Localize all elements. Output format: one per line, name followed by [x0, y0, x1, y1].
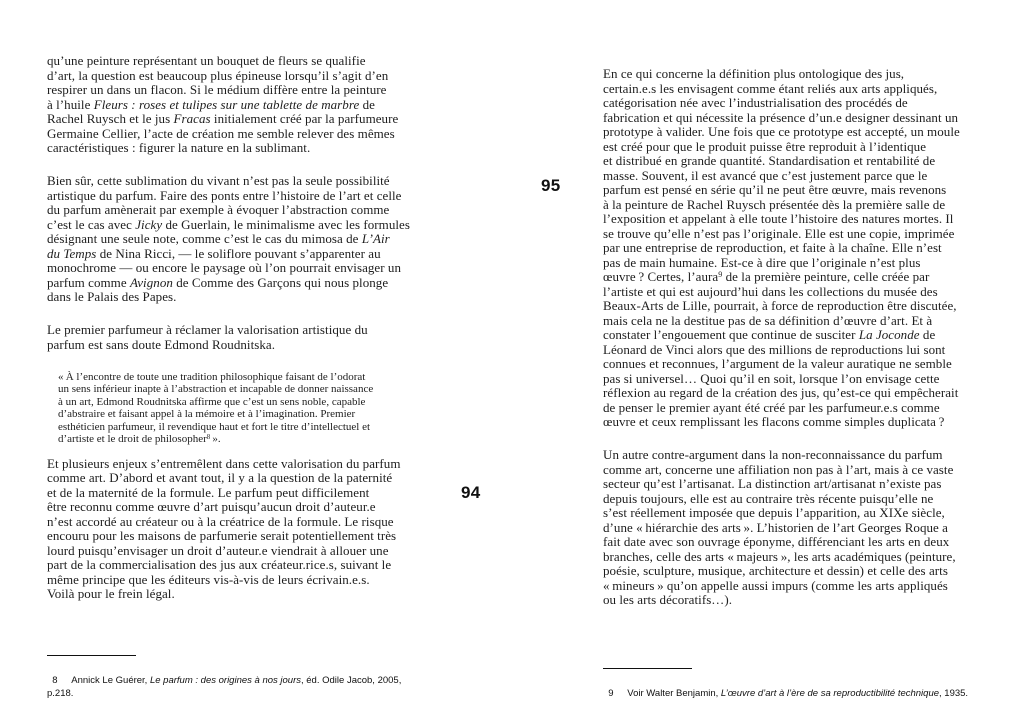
left-paragraph-2: Bien sûr, cette sublimation du vivant n’…: [47, 174, 410, 305]
footnote-9-text: 9Voir Walter Benjamin, L’œuvre d’art à l…: [608, 688, 968, 699]
right-paragraph-1: En ce qui concerne la définition plus on…: [603, 67, 960, 430]
page-number-left: 94: [461, 483, 481, 503]
right-page-text-column: En ce qui concerne la définition plus on…: [603, 67, 960, 626]
right-paragraph-2: Un autre contre-argument dans la non-rec…: [603, 448, 960, 608]
footnote-9: 9Voir Walter Benjamin, L’œuvre d’art à l…: [603, 642, 968, 700]
page-number-right: 95: [541, 176, 561, 196]
book-spread: { "page_numbers": { "left": "94", "right…: [0, 0, 1023, 723]
footnote-8: 8Annick Le Guérer, Le parfum : des origi…: [47, 629, 401, 700]
left-paragraph-3: Le premier parfumeur à réclamer la valor…: [47, 323, 410, 352]
footnote-divider-left: [47, 655, 136, 656]
footnote-divider-right: [603, 668, 692, 669]
left-page-text-column: qu’une peinture représentant un bouquet …: [47, 54, 410, 620]
roudnitska-blockquote: « À l’encontre de toute une tradition ph…: [58, 371, 410, 446]
left-paragraph-1: qu’une peinture représentant un bouquet …: [47, 54, 410, 156]
left-paragraph-4: Et plusieurs enjeux s’entremêlent dans c…: [47, 457, 410, 602]
footnote-8-text: 8Annick Le Guérer, Le parfum : des origi…: [47, 675, 401, 699]
